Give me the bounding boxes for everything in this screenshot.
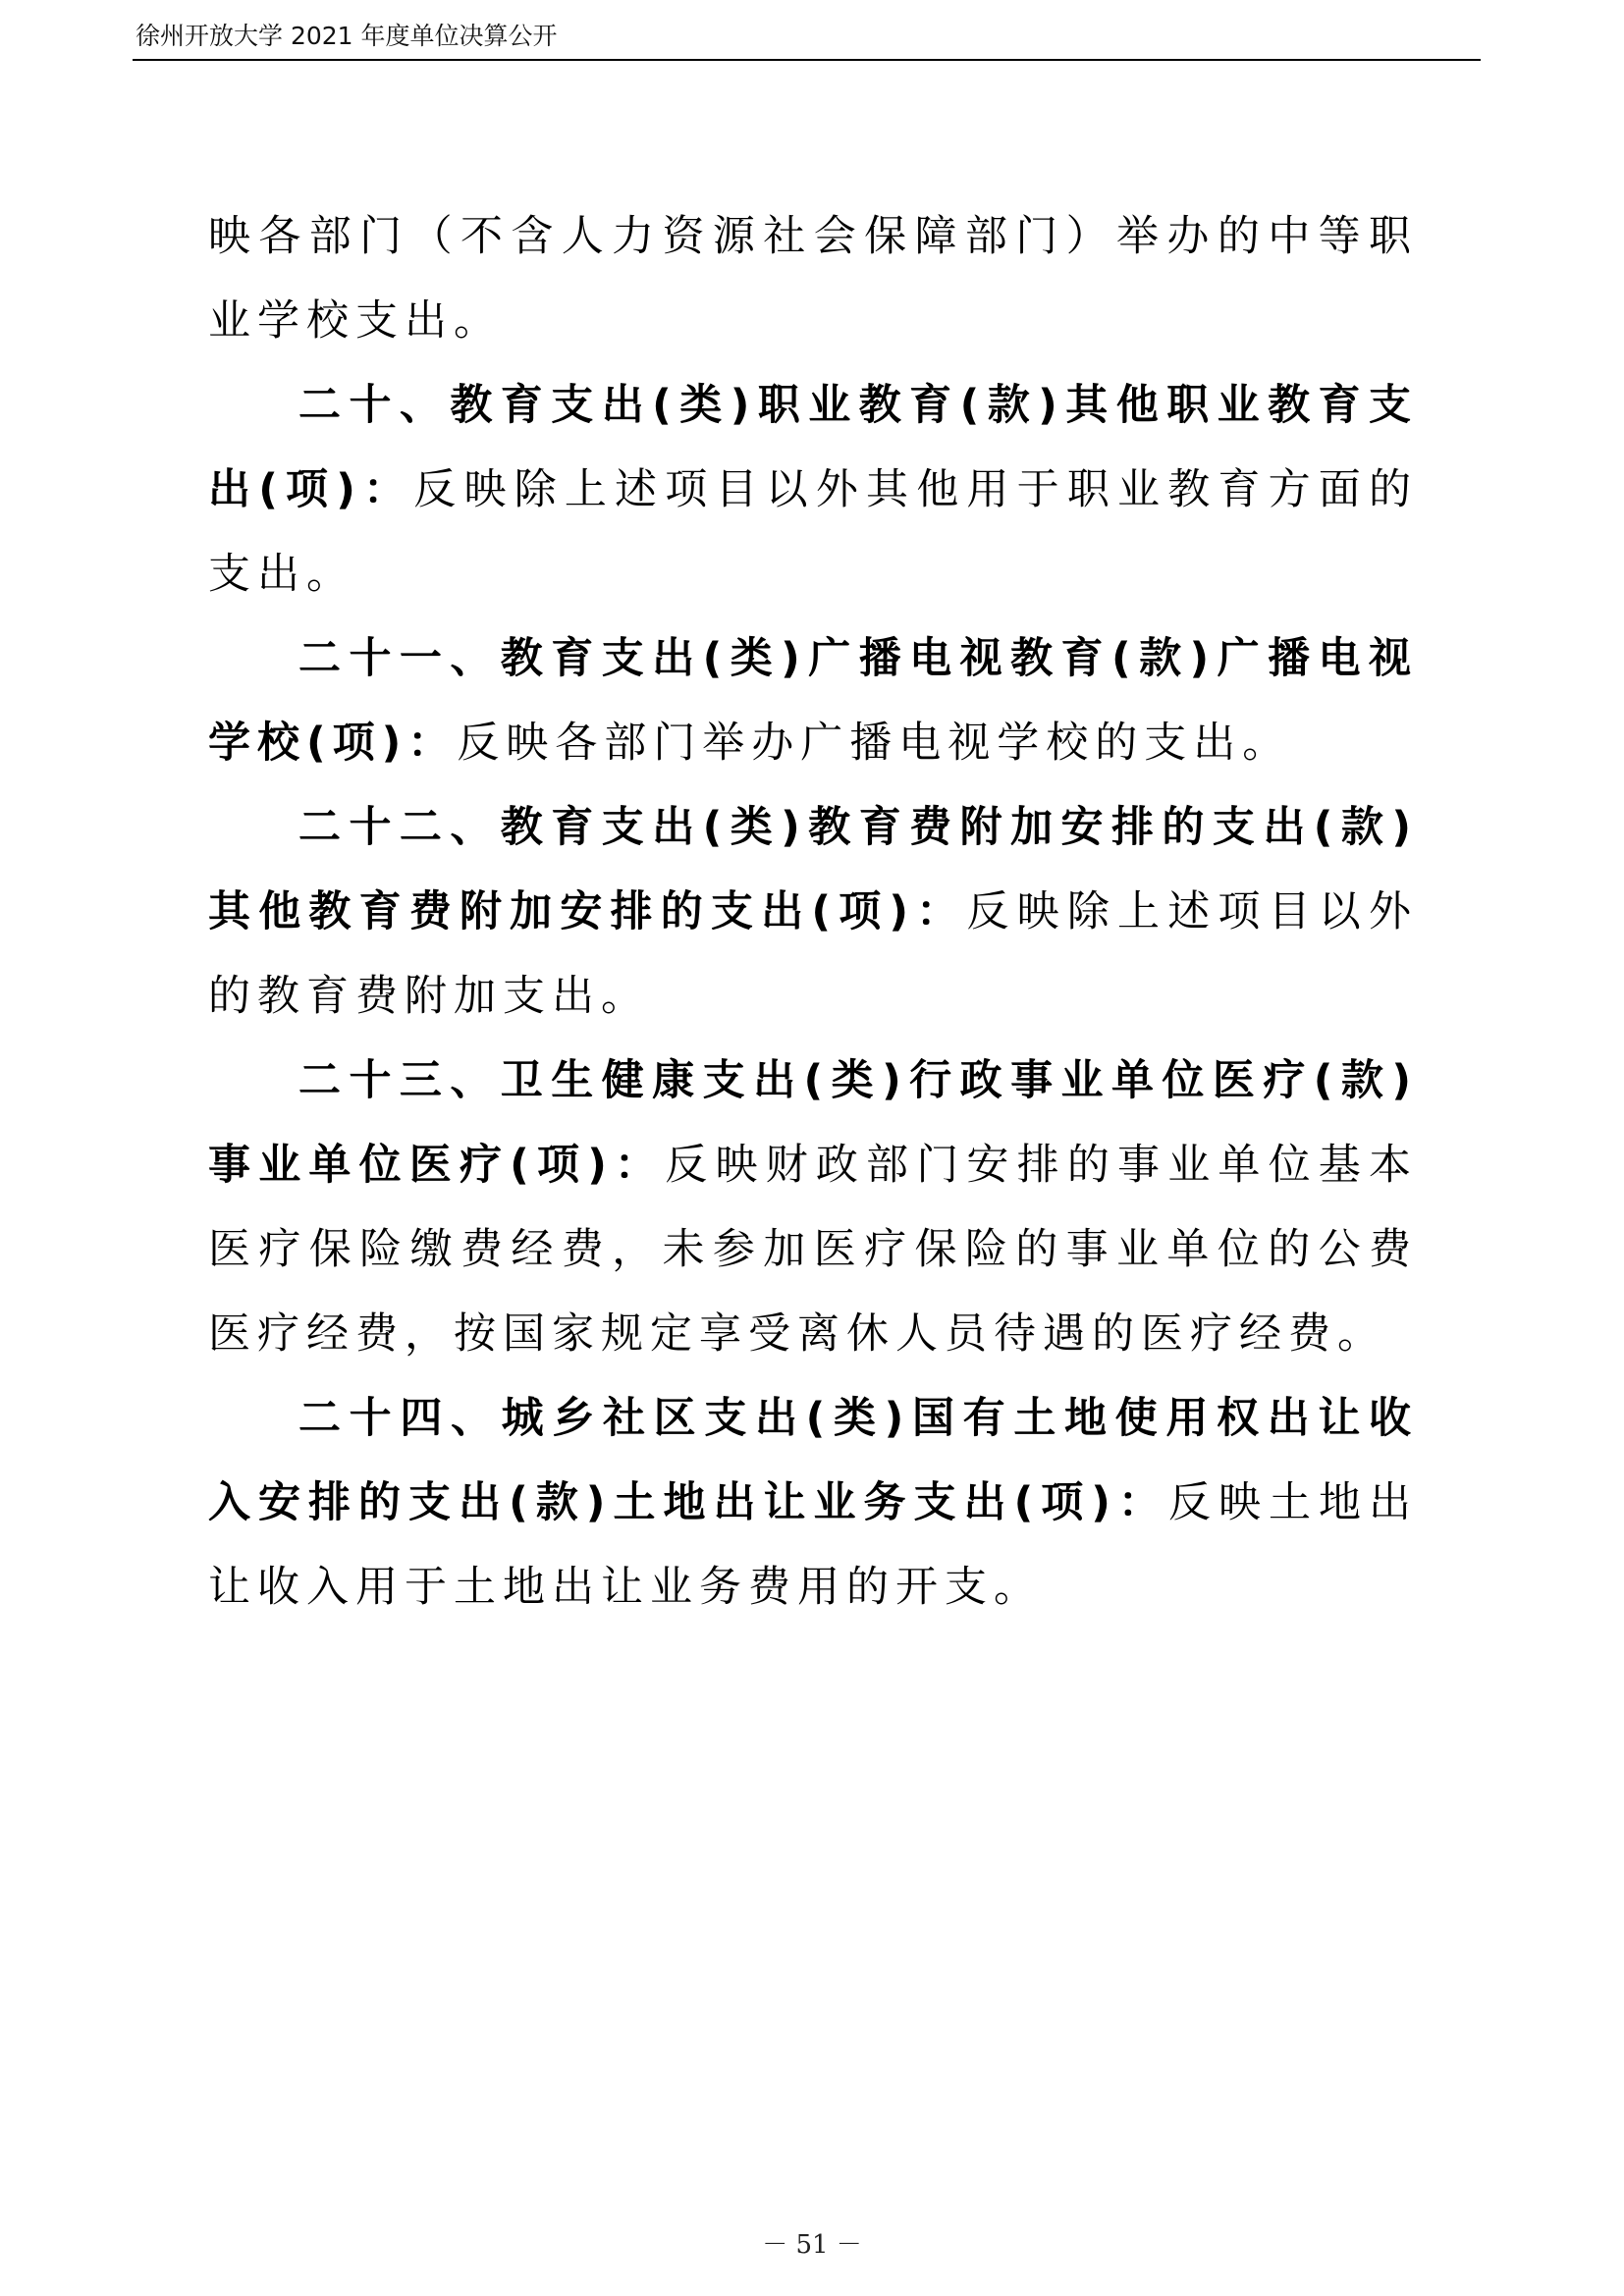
paragraph-item-23: 二十三、卫生健康支出(类)行政事业单位医疗(款)事业单位医疗(项)：反映财政部门… <box>208 1039 1418 1376</box>
paragraph-text: 反映各部门举办广播电视学校的支出。 <box>457 719 1291 768</box>
paragraph-item-24: 二十四、城乡社区支出(类)国有土地使用权出让收入安排的支出(款)土地出让业务支出… <box>208 1376 1418 1629</box>
paragraph-item-20: 二十、教育支出(类)职业教育(款)其他职业教育支出(项)：反映除上述项目以外其他… <box>208 363 1418 616</box>
paragraph-continuation: 映各部门（不含人力资源社会保障部门）举办的中等职业学校支出。 <box>208 194 1418 363</box>
page-number: － 51 － <box>0 2230 1624 2260</box>
page-header: 徐州开放大学 2021 年度单位决算公开 <box>133 14 1481 61</box>
paragraph-text: 映各部门（不含人力资源社会保障部门）举办的中等职业学校支出。 <box>208 212 1418 346</box>
paragraph-item-22: 二十二、教育支出(类)教育费附加安排的支出(款)其他教育费附加安排的支出(项)：… <box>208 785 1418 1039</box>
document-body: 映各部门（不含人力资源社会保障部门）举办的中等职业学校支出。 二十、教育支出(类… <box>208 194 1418 1629</box>
paragraph-item-21: 二十一、教育支出(类)广播电视教育(款)广播电视学校(项)：反映各部门举办广播电… <box>208 616 1418 785</box>
header-title: 徐州开放大学 2021 年度单位决算公开 <box>135 22 558 51</box>
